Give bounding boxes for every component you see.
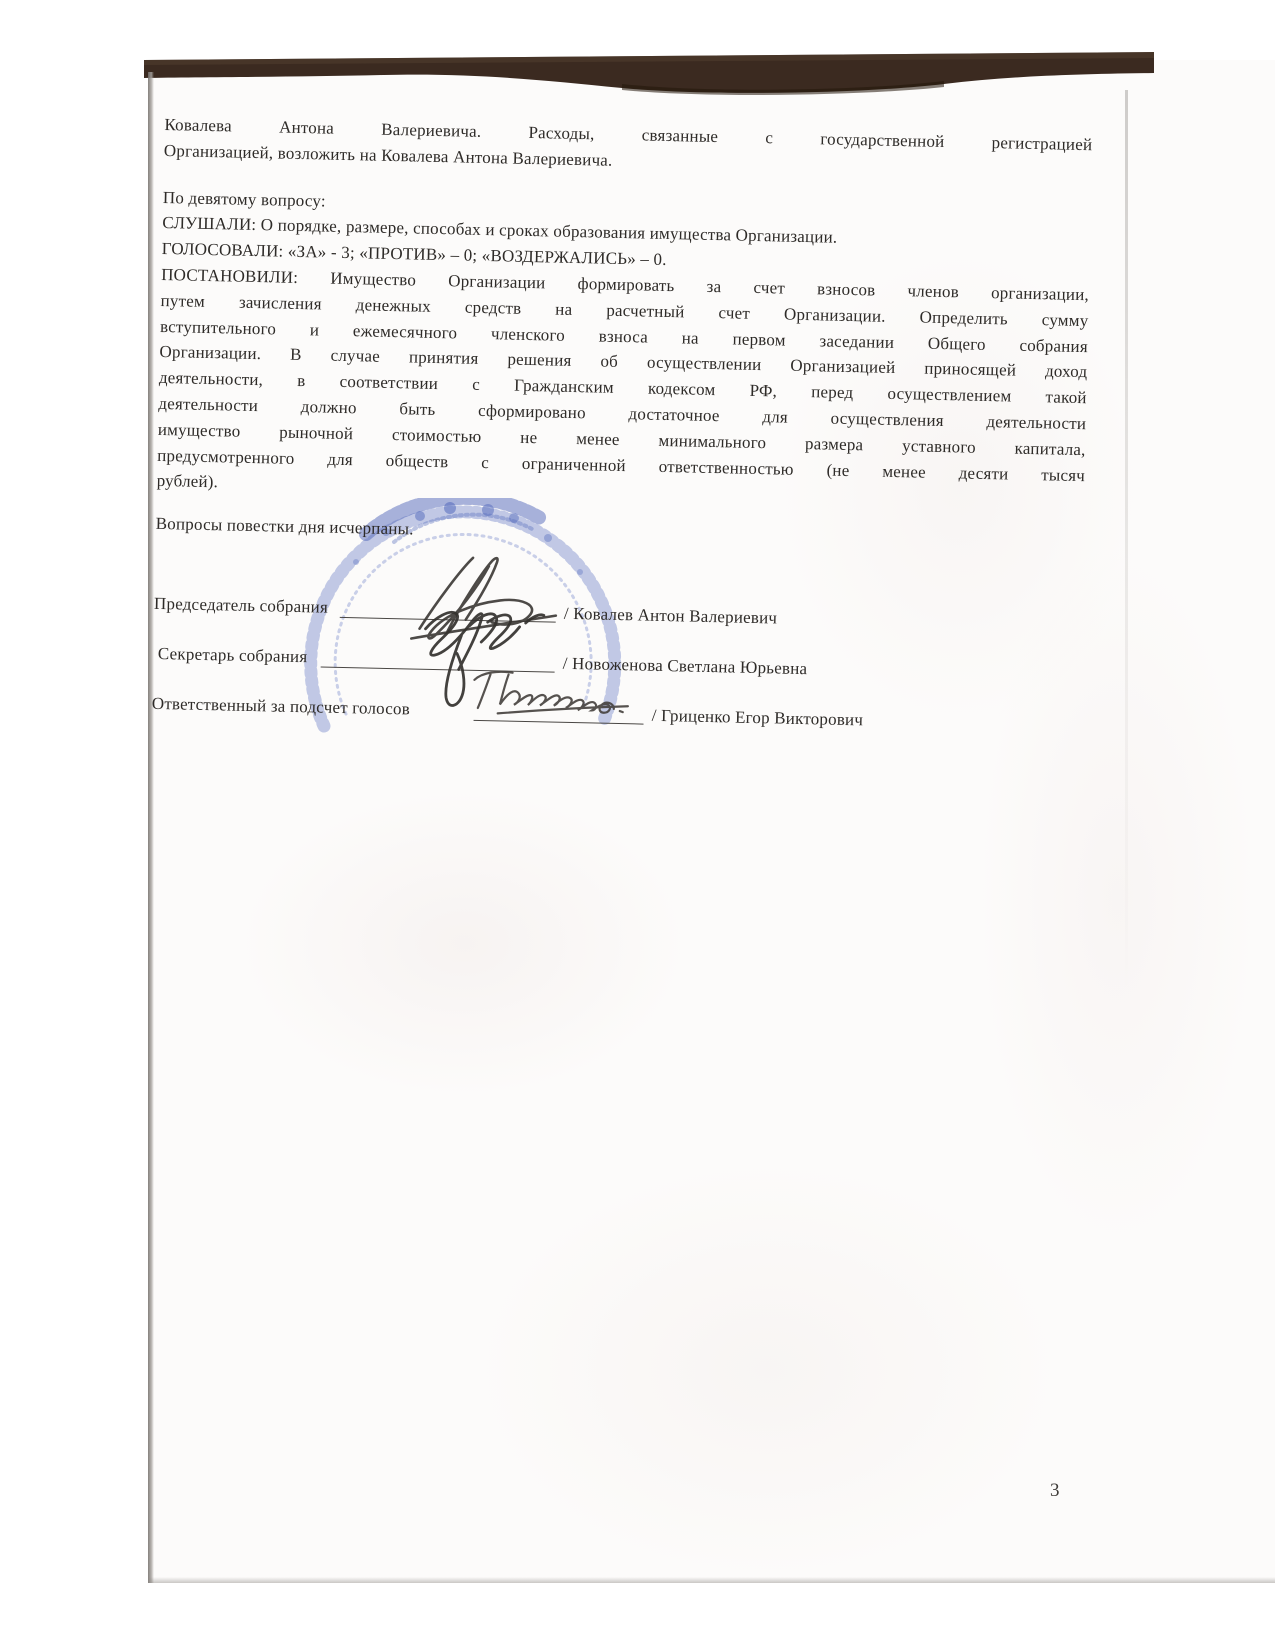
closing-statement: Вопросы повестки дня исчерпаны. (155, 511, 1083, 557)
paper-bottom-edge (148, 1577, 1275, 1583)
signature-role: Ответственный за подсчет голосов (152, 691, 411, 722)
signature-role: Секретарь собрания (158, 641, 308, 670)
signature-name: / Новоженова Светлана Юрьевна (563, 651, 808, 682)
document-text: Ковалева Антона Валериевича. Расходы, св… (151, 100, 1093, 761)
signature-name: / Гриценко Егор Викторович (651, 703, 863, 733)
signature-line (474, 702, 644, 725)
scan-dark-band (144, 51, 1154, 99)
signature-role: Председатель собрания (154, 591, 329, 621)
paper-fold-line (1125, 90, 1128, 990)
paper-left-edge (148, 72, 154, 1583)
scanned-document-page: Ковалева Антона Валериевича. Расходы, св… (148, 60, 1275, 1583)
paragraph-registration: Ковалева Антона Валериевича. Расходы, св… (164, 100, 1093, 184)
postanovili-paragraph: ПОСТАНОВИЛИ: Имущество Организации форми… (156, 262, 1089, 514)
signature-line (340, 599, 556, 623)
signature-name: / Ковалев Антон Валериевич (564, 601, 778, 631)
page-number: 3 (1050, 1480, 1060, 1502)
question-9-section: По девятому вопросу: СЛУШАЛИ: О порядке,… (156, 185, 1091, 515)
signature-line (321, 648, 555, 672)
signature-block: Председатель собрания / Ковалев Антон Ва… (151, 591, 1082, 761)
